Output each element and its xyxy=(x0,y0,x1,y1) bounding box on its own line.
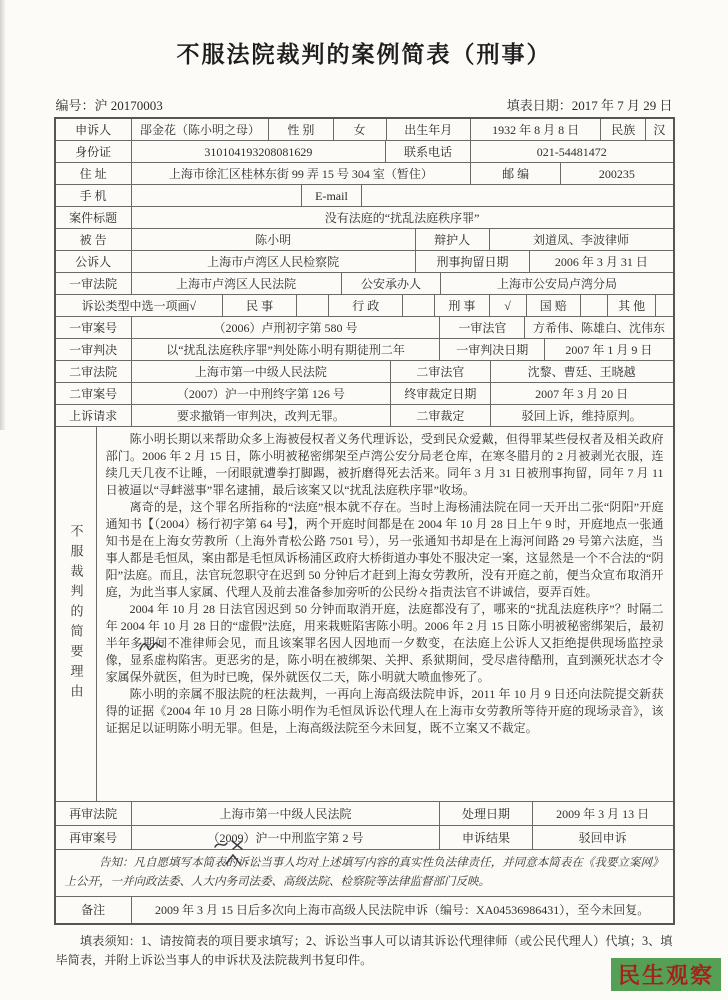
second-court-value: 上海市第一中级人民法院 xyxy=(131,361,390,382)
second-case-no-label: 二审案号 xyxy=(56,383,131,404)
fill-date-label: 填表日期： xyxy=(507,98,572,113)
row-retrial-court: 再审法院 上海市第一中级人民法院 处理日期 2009 年 3 月 13 日 xyxy=(56,801,673,825)
case-type-check-other xyxy=(655,295,672,316)
appeal-result-label: 申诉结果 xyxy=(439,826,532,849)
ethnicity-value: 汉 xyxy=(645,119,672,140)
second-case-no-value: （2007）沪一中刑终字第 126 号 xyxy=(131,383,390,404)
row-mobile-email: 手 机 E-mail xyxy=(56,184,673,206)
second-judges-value: 沈黎、曹廷、王晓越 xyxy=(490,361,673,382)
email-value xyxy=(361,185,673,206)
case-type-option-civil: 民 事 xyxy=(222,295,296,316)
row-second-court: 二审法院 上海市第一中级人民法院 二审法官 沈黎、曹廷、王晓越 xyxy=(56,360,673,382)
reason-label-cell: 不服裁判的简要理由 xyxy=(56,427,96,801)
retrial-case-no-label: 再审案号 xyxy=(56,826,131,849)
address-value: 上海市徐汇区桂林东街 99 弄 15 号 304 室（暂住） xyxy=(131,163,470,184)
case-type-option-other: 其 他 xyxy=(607,295,655,316)
remark-label: 备注 xyxy=(56,897,131,923)
mobile-value xyxy=(131,185,301,206)
gender-value: 女 xyxy=(333,119,386,140)
second-judges-label: 二审法官 xyxy=(390,361,490,382)
reason-text: 陈小明长期以来帮助众多上海被侵权者义务代理诉讼，受到民众爱戴，但得罪某些侵权者及… xyxy=(96,427,673,801)
appeal-result-value: 驳回申诉 xyxy=(532,826,673,849)
phone-label: 联系电话 xyxy=(385,141,470,162)
scan-edge-shadow xyxy=(0,0,6,430)
defendant-label: 被 告 xyxy=(56,229,131,250)
first-court-label: 一审法院 xyxy=(56,273,131,294)
prosecutor-label: 公诉人 xyxy=(56,251,131,272)
case-title-label: 案件标题 xyxy=(56,207,131,228)
appeal-request-value: 要求撤销一审判决，改判无罪。 xyxy=(131,405,390,426)
first-verdict-value: 以“扰乱法庭秩序罪”判处陈小明有期徒刑二年 xyxy=(131,339,440,360)
second-ruling-label: 二审裁定 xyxy=(390,405,490,426)
process-date-label: 处理日期 xyxy=(439,802,532,825)
row-first-case-no: 一审案号 （2006）卢刑初字第 580 号 一审法官 方希伟、陈雄白、沈伟东 xyxy=(56,316,673,338)
minsheng-watch-watermark: 民生观察 xyxy=(611,958,721,991)
case-type-check-state-compensation xyxy=(580,295,607,316)
final-ruling-date-value: 2007 年 3 月 20 日 xyxy=(490,383,673,404)
case-summary-table: 申诉人 郘金花（陈小明之母） 性 别 女 出生年月 1932 年 8 月 8 日… xyxy=(54,117,675,925)
case-type-check-civil xyxy=(296,295,328,316)
first-judges-label: 一审法官 xyxy=(439,317,524,338)
mobile-label: 手 机 xyxy=(56,185,131,206)
defender-value: 刘道凤、李波律师 xyxy=(489,229,673,250)
row-case-type: 诉讼类型中选一项画√ 民 事 行 政 刑 事 √ 国 赔 其 他 xyxy=(56,294,673,316)
prosecutor-value: 上海市卢湾区人民检察院 xyxy=(131,251,415,272)
page-title: 不服法院裁判的案例简表（刑事） xyxy=(0,36,728,69)
defender-label: 辩护人 xyxy=(415,229,489,250)
first-case-no-value: （2006）卢刑初字第 580 号 xyxy=(131,317,440,338)
first-court-value: 上海市卢湾区人民法院 xyxy=(131,273,341,294)
case-type-check-criminal: √ xyxy=(489,295,526,316)
case-type-option-state-compensation: 国 赔 xyxy=(526,295,580,316)
row-first-court: 一审法院 上海市卢湾区人民法院 公安承办人 上海市公安局卢湾分局 xyxy=(56,272,673,294)
second-court-label: 二审法院 xyxy=(56,361,131,382)
applicant-label: 申诉人 xyxy=(56,119,131,140)
scanned-document-page: 不服法院裁判的案例简表（刑事） 编号：沪 20170003 填表日期：2017 … xyxy=(0,0,728,1000)
address-label: 住 址 xyxy=(56,163,131,184)
meta-line: 编号：沪 20170003 填表日期：2017 年 7 月 29 日 xyxy=(56,95,673,114)
serial-label: 编号： xyxy=(56,98,95,113)
fill-instructions: 填表须知：1、请按简表的项目要求填写；2、诉讼当事人可以请其诉讼代理律师（或公民… xyxy=(56,932,673,970)
row-defendant: 被 告 陈小明 辩护人 刘道凤、李波律师 xyxy=(56,228,673,250)
retrial-court-label: 再审法院 xyxy=(56,802,131,825)
reason-paragraph-4: 陈小明的亲属不服法院的枉法裁判，一再向上海高级法院申诉，2011 年 10 月 … xyxy=(106,686,664,737)
serial-value: 沪 20170003 xyxy=(95,98,163,113)
remark-value: 2009 年 3 月 15 日后多次向上海市高级人民法院申诉（编号：XA0453… xyxy=(131,897,673,923)
retrial-court-value: 上海市第一中级人民法院 xyxy=(131,802,440,825)
birth-label: 出生年月 xyxy=(386,119,471,140)
row-address: 住 址 上海市徐汇区桂林东街 99 弄 15 号 304 室（暂住） 邮 编 2… xyxy=(56,162,673,184)
serial-number: 编号：沪 20170003 xyxy=(56,95,163,114)
reason-paragraph-1: 陈小明长期以来帮助众多上海被侵权者义务代理诉讼，受到民众爱戴，但得罪某些侵权者及… xyxy=(106,431,664,499)
case-type-label: 诉讼类型中选一项画√ xyxy=(56,295,223,316)
first-judges-value: 方希伟、陈雄白、沈伟东 xyxy=(524,317,672,338)
defendant-value: 陈小明 xyxy=(131,229,415,250)
zip-label: 邮 编 xyxy=(470,163,560,184)
fill-date-value: 2017 年 7 月 29 日 xyxy=(572,98,673,113)
handwritten-mark xyxy=(138,638,164,654)
applicant-value: 郘金花（陈小明之母） xyxy=(131,119,269,140)
row-first-verdict: 一审判决 以“扰乱法庭秩序罪”判处陈小明有期徒刑二年 一审判决日期 2007 年… xyxy=(56,338,673,360)
row-id-card: 身份证 310104193208081629 联系电话 021-54481472 xyxy=(56,140,673,162)
ethnicity-label: 民族 xyxy=(600,119,645,140)
row-notice: 告知：凡自愿填写本简表的诉讼当事人均对上述填写内容的真实性负法律责任，并同意本简… xyxy=(56,849,673,896)
reason-paragraph-2: 离奇的是，这个罪名所指称的“法庭”根本就不存在。当时上海杨浦法院在同一天开出二张… xyxy=(106,499,664,601)
police-handler-label: 公安承办人 xyxy=(341,273,441,294)
case-type-option-criminal: 刑 事 xyxy=(434,295,488,316)
case-title-value: 没有法庭的“扰乱法庭秩序罪” xyxy=(131,207,673,228)
detention-date-label: 刑事拘留日期 xyxy=(415,251,530,272)
row-reason: 不服裁判的简要理由 陈小明长期以来帮助众多上海被侵权者义务代理诉讼，受到民众爱戴… xyxy=(56,426,673,801)
police-handler-value: 上海市公安局卢湾分局 xyxy=(440,273,672,294)
first-verdict-date-value: 2007 年 1 月 9 日 xyxy=(544,339,672,360)
id-card-value: 310104193208081629 xyxy=(131,141,385,162)
first-case-no-label: 一审案号 xyxy=(56,317,131,338)
email-label: E-mail xyxy=(301,185,361,206)
appeal-request-label: 上诉请求 xyxy=(56,405,131,426)
row-second-case-no: 二审案号 （2007）沪一中刑终字第 126 号 终审裁定日期 2007 年 3… xyxy=(56,382,673,404)
first-verdict-date-label: 一审判决日期 xyxy=(439,339,544,360)
row-remark: 备注 2009 年 3 月 15 日后多次向上海市高级人民法院申诉（编号：XA0… xyxy=(56,896,673,923)
detention-date-value: 2006 年 3 月 31 日 xyxy=(529,251,672,272)
reason-paragraph-3: 2004 年 10 月 28 日法官因迟到 50 分钟而取消开庭，法庭都没有了，… xyxy=(106,601,664,686)
row-appeal-request: 上诉请求 要求撤销一审判决，改判无罪。 二审裁定 驳回上诉，维持原判。 xyxy=(56,404,673,426)
row-prosecutor: 公诉人 上海市卢湾区人民检察院 刑事拘留日期 2006 年 3 月 31 日 xyxy=(56,250,673,272)
second-ruling-value: 驳回上诉，维持原判。 xyxy=(490,405,673,426)
id-card-label: 身份证 xyxy=(56,141,131,162)
case-type-check-administrative xyxy=(402,295,434,316)
retrial-case-no-value: （2009）沪一中刑监字第 2 号 xyxy=(131,826,440,849)
zip-value: 200235 xyxy=(560,163,672,184)
handwritten-insertion-mark xyxy=(212,838,254,866)
gender-label: 性 别 xyxy=(268,119,332,140)
case-type-option-administrative: 行 政 xyxy=(328,295,402,316)
row-case-title: 案件标题 没有法庭的“扰乱法庭秩序罪” xyxy=(56,206,673,228)
notice-text: 告知：凡自愿填写本简表的诉讼当事人均对上述填写内容的真实性负法律责任，并同意本简… xyxy=(56,850,673,896)
phone-value: 021-54481472 xyxy=(470,141,672,162)
process-date-value: 2009 年 3 月 13 日 xyxy=(532,802,673,825)
row-retrial-case-no: 再审案号 （2009）沪一中刑监字第 2 号 申诉结果 驳回申诉 xyxy=(56,825,673,849)
fill-date: 填表日期：2017 年 7 月 29 日 xyxy=(507,95,673,114)
row-applicant: 申诉人 郘金花（陈小明之母） 性 别 女 出生年月 1932 年 8 月 8 日… xyxy=(56,119,673,140)
reason-label: 不服裁判的简要理由 xyxy=(69,524,83,704)
birth-value: 1932 年 8 月 8 日 xyxy=(470,119,600,140)
first-verdict-label: 一审判决 xyxy=(56,339,131,360)
final-ruling-date-label: 终审裁定日期 xyxy=(390,383,490,404)
